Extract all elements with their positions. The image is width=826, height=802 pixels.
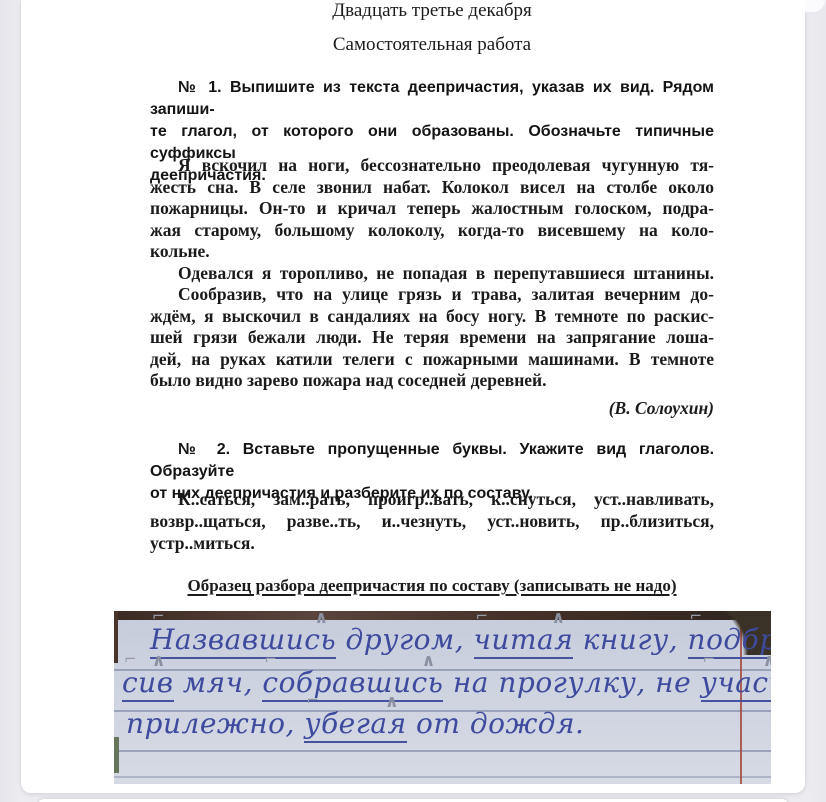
- photo-left-sliver: [114, 737, 119, 773]
- handwriting-line: прилежно, убегая от дождя.: [126, 707, 584, 740]
- passage-line: Одевался я торопливо, не попадая в переп…: [150, 263, 714, 285]
- worksheet-page: Двадцать третье декабря Самостоятельная …: [21, 0, 805, 793]
- underlined-gerund: читая: [474, 623, 574, 659]
- underlined-gerund: сив: [122, 666, 174, 702]
- word-list-line: К..саться, зам..рать, проигр..вать, к..с…: [150, 488, 714, 510]
- handwriting-line: сив мяч, собравшись на прогулку, не учас…: [122, 666, 771, 699]
- task1-number: № 1.: [178, 79, 222, 96]
- task1-text: Выпишите из текста деепричастия, указав …: [150, 79, 714, 118]
- photo-top-strip: [114, 611, 771, 620]
- task2-text: Вставьте пропущенные буквы. Укажите вид …: [150, 441, 714, 480]
- underlined-gerund: Назвавшись: [150, 623, 336, 659]
- handwriting-line: Назвавшись другом, читая книгу, подбро-: [150, 623, 771, 656]
- photo-left-edge: [114, 611, 118, 663]
- sample-heading: Образец разбора деепричастия по составу …: [150, 576, 714, 596]
- page-title: Самостоятельная работа: [150, 34, 714, 56]
- passage-line: пожарницы. Он-то и кричал теперь жалостн…: [150, 198, 714, 220]
- handwriting-photo: Назвавшись другом, читая книгу, подбро- …: [114, 611, 771, 784]
- underlined-gerund: собравшись: [262, 666, 443, 702]
- task1-line: № 1. Выпишите из текста деепричастия, ук…: [150, 77, 714, 121]
- passage-line: кольне.: [150, 241, 714, 263]
- page-corner-notch: [805, 0, 825, 12]
- task2-line: № 2. Вставьте пропущенные буквы. Укажите…: [150, 439, 714, 483]
- handwriting-text: книгу,: [573, 623, 687, 656]
- word-list: К..саться, зам..рать, проигр..вать, к..с…: [150, 488, 714, 554]
- passage-line: шей грязи бежали люди. Не теряя времени …: [150, 327, 714, 349]
- date-line: Двадцать третье декабря: [150, 0, 714, 22]
- passage-line: было видно зарево пожара над соседней де…: [150, 370, 714, 392]
- handwriting-text: на прогулку, не: [443, 666, 700, 699]
- handwriting-text: от дождя.: [407, 707, 585, 740]
- passage-line: Я вскочил на ноги, бессознательно преодо…: [150, 155, 714, 177]
- passage-line: ждём, я выскочил в сандалиях на босу ног…: [150, 306, 714, 328]
- handwriting-text: мяч,: [174, 666, 263, 699]
- passage-line: дей, на руках катили телеги с пожарными …: [150, 349, 714, 371]
- word-list-line: устр..миться.: [150, 532, 714, 554]
- underlined-gerund: убегая: [304, 707, 406, 743]
- ruled-line: [114, 750, 771, 752]
- underlined-gerund: подбро-: [688, 623, 771, 659]
- task2-number: № 2.: [178, 441, 230, 458]
- passage-line: жая старому, большому колоколу, когда-то…: [150, 220, 714, 242]
- word-list-line: возвр..щаться, разве..ть, и..чезнуть, ус…: [150, 510, 714, 532]
- ruled-line: [114, 776, 771, 778]
- passage-line: Сообразив, что на улице грязь и трава, з…: [150, 284, 714, 306]
- underlined-gerund: учась: [701, 666, 771, 702]
- dictation-passage: Я вскочил на ноги, бессознательно преодо…: [150, 155, 714, 419]
- screenshot-canvas: Двадцать третье декабря Самостоятельная …: [0, 0, 826, 802]
- passage-line: жесть сна. В селе звонил набат. Колокол …: [150, 177, 714, 199]
- handwriting-text: прилежно,: [126, 707, 304, 740]
- handwriting-text: другом,: [336, 623, 473, 656]
- author-attribution: (В. Солоухин): [150, 398, 714, 420]
